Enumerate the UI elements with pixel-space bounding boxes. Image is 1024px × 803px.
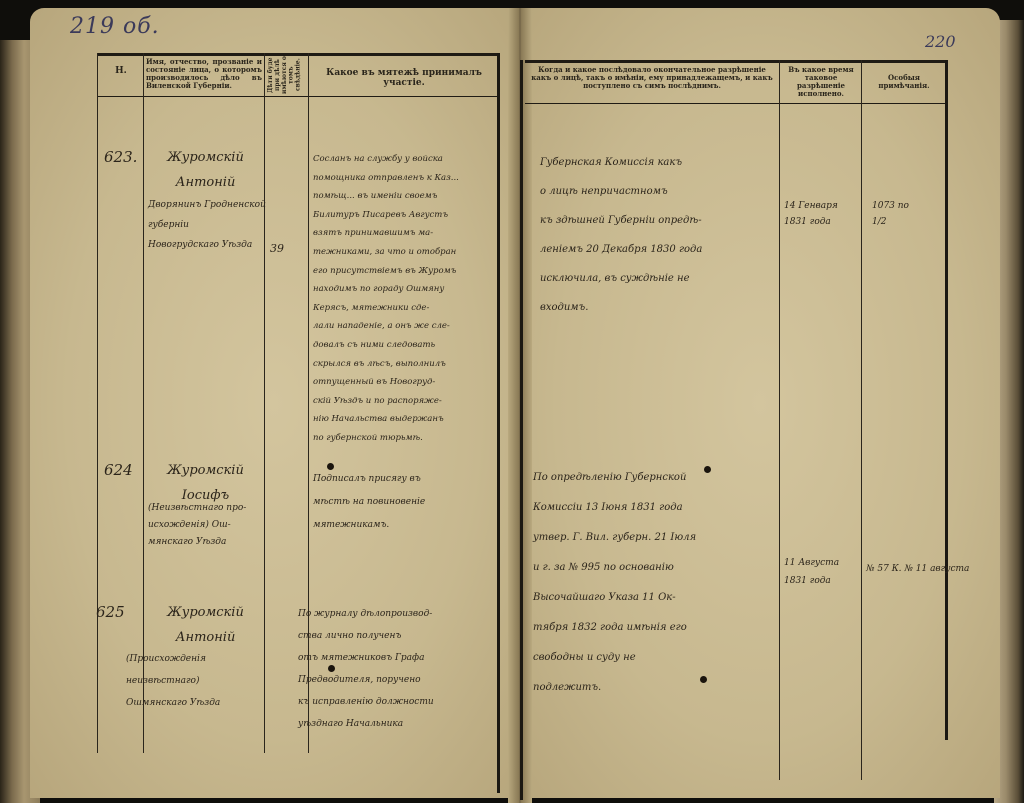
entry-status: (Неизвѣстнаго про- исхожденія) Ош- мянск…	[148, 500, 266, 551]
entry-status: (Происхожденія неизвѣстнаго) Ошмянскаго …	[126, 648, 264, 714]
col-divider-executed	[861, 60, 862, 780]
entry-children: 39	[270, 236, 284, 261]
left-border	[97, 53, 98, 753]
right-left-border	[520, 60, 523, 800]
binding-hole	[327, 463, 334, 470]
binding-hole	[704, 466, 711, 473]
header-resolution: Когда и какое послѣдовало окончательное …	[528, 66, 776, 90]
col-divider-resolution	[779, 60, 780, 780]
ledger-spread: 219 об. 220 Н. Имя, отчество, прозваніе …	[0, 0, 1024, 803]
entry-participation: Подписалъ присягу въ мѣстѣ на повиновені…	[313, 468, 497, 537]
entry-notes: 1073 по 1/2	[872, 198, 942, 230]
header-notes: Особыя примѣчанія.	[864, 74, 944, 90]
header-children: Дѣти буде при дѣлѣ имѣются о томъ свѣдѣн…	[268, 56, 304, 94]
entry-name: Журомскій Антоній	[148, 145, 263, 195]
right-top-rule	[525, 60, 947, 63]
binding-hole	[700, 676, 707, 683]
header-number: Н.	[100, 66, 142, 76]
right-header-rule	[525, 103, 947, 104]
entry-participation: Сосланъ на службу у войска помощника отп…	[313, 150, 497, 448]
col-divider-name	[264, 53, 265, 753]
left-page-number: 219 об.	[70, 14, 160, 39]
entry-resolution: Губернская Комиссія какъ о лицѣ непричас…	[540, 148, 778, 322]
entry-executed: 11 Августа 1831 года	[784, 554, 860, 590]
header-name: Имя, отчество, прозваніе и состояніе лиц…	[146, 58, 262, 90]
header-executed: Въ какое время таковое разрѣшеніе исполн…	[782, 66, 860, 98]
right-page-number: 220	[925, 32, 956, 51]
entry-resolution: По опредѣленію Губернской Комиссіи 13 Ію…	[533, 463, 777, 703]
entry-name: Журомскій Антоній	[148, 600, 263, 650]
binding-hole	[328, 665, 335, 672]
entry-number: 623.	[104, 145, 137, 170]
entry-executed: 14 Генваря 1831 года	[784, 198, 860, 230]
entry-number: 624	[104, 458, 133, 483]
entry-notes: № 57 К. № 11 августа	[866, 560, 1006, 578]
entry-status: Дворянинъ Гродненской губерніи Новогрудс…	[148, 195, 266, 255]
left-header-rule	[97, 96, 499, 97]
right-right-border	[945, 60, 948, 740]
entry-number: 625	[96, 600, 125, 625]
header-participation: Какое въ мятежѣ принималъ участіе.	[312, 68, 496, 89]
